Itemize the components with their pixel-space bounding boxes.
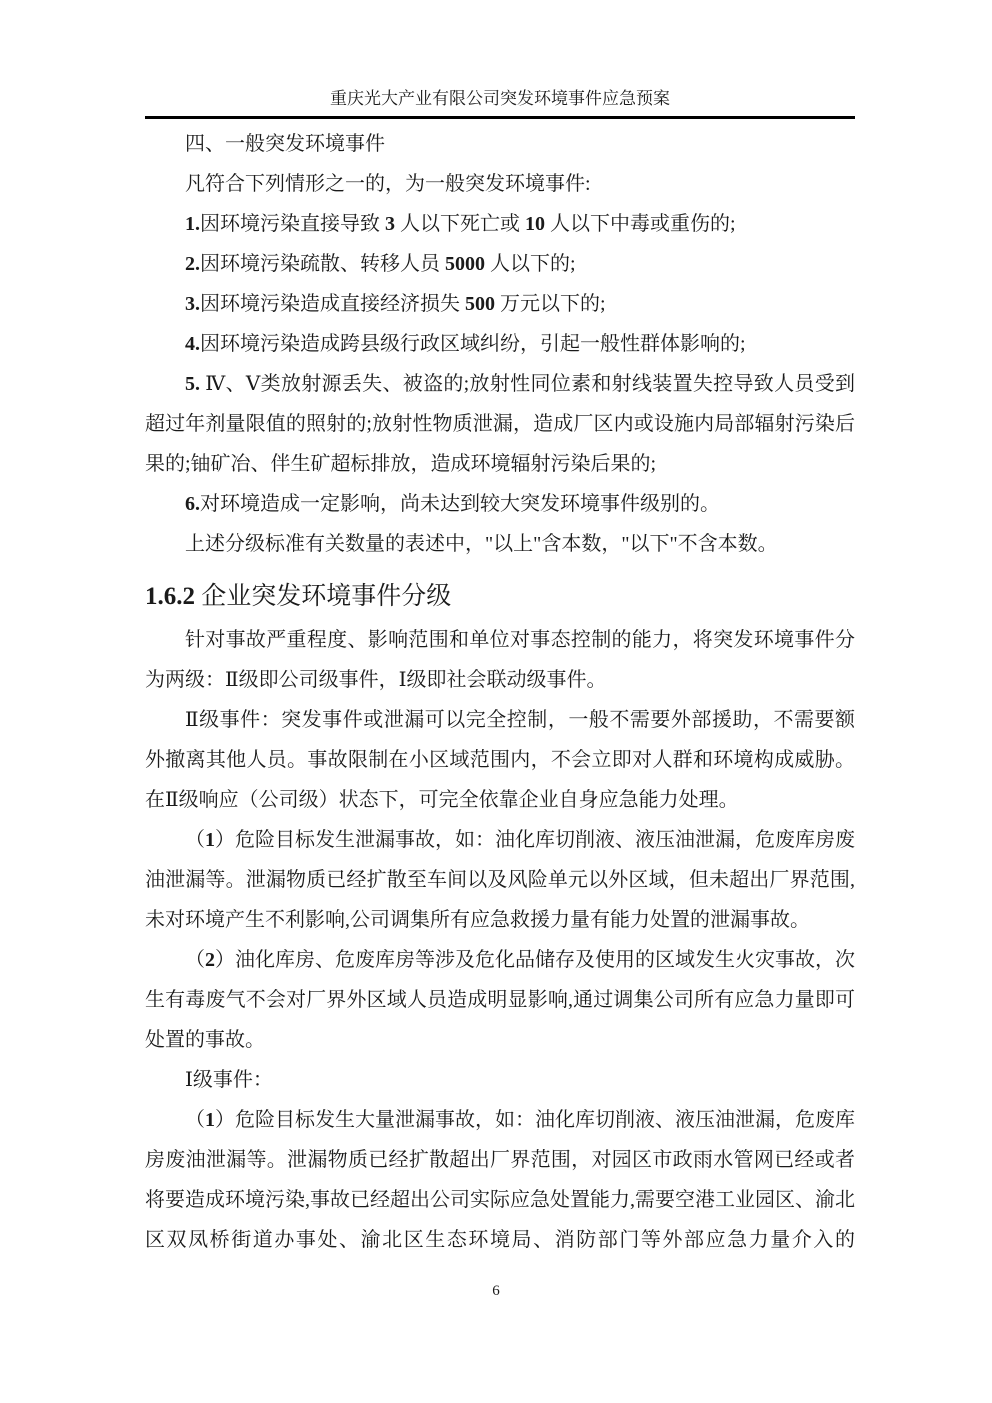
paragraph: 3.因环境污染造成直接经济损失 500 万元以下的;: [145, 284, 855, 324]
document-header: 重庆光大产业有限公司突发环境事件应急预案: [145, 88, 855, 119]
paragraph: 4.因环境污染造成跨县级行政区域纠纷，引起一般性群体影响的;: [145, 324, 855, 364]
header-title: 重庆光大产业有限公司突发环境事件应急预案: [330, 89, 670, 108]
paragraph: （2）油化库房、危废库房等涉及危化品储存及使用的区域发生火灾事故，次生有毒废气不…: [145, 940, 855, 1060]
section-heading: 1.6.2 企业突发环境事件分级: [145, 579, 855, 615]
paragraph: 5. Ⅳ、Ⅴ类放射源丢失、被盗的;放射性同位素和射线装置失控导致人员受到超过年剂…: [145, 364, 855, 484]
page-number: 6: [492, 1283, 500, 1299]
paragraph: （1）危险目标发生大量泄漏事故，如：油化库切削液、液压油泄漏，危废库房废油泄漏等…: [145, 1100, 855, 1260]
page-footer: 6: [0, 1281, 992, 1301]
paragraph: （1）危险目标发生泄漏事故，如：油化库切削液、液压油泄漏，危废库房废油泄漏等。泄…: [145, 820, 855, 940]
paragraph: 2.因环境污染疏散、转移人员 5000 人以下的;: [145, 244, 855, 284]
paragraph: Ⅰ级事件：: [145, 1060, 855, 1100]
paragraph: 6.对环境造成一定影响，尚未达到较大突发环境事件级别的。: [145, 484, 855, 524]
paragraph: 四、一般突发环境事件: [145, 124, 855, 164]
page: 重庆光大产业有限公司突发环境事件应急预案 四、一般突发环境事件凡符合下列情形之一…: [0, 0, 992, 1403]
paragraph: 凡符合下列情形之一的，为一般突发环境事件:: [145, 164, 855, 204]
paragraph: Ⅱ级事件：突发事件或泄漏可以完全控制，一般不需要外部援助，不需要额外撤离其他人员…: [145, 700, 855, 820]
paragraph: 上述分级标准有关数量的表述中，"以上"含本数，"以下"不含本数。: [145, 524, 855, 564]
document-body: 四、一般突发环境事件凡符合下列情形之一的，为一般突发环境事件:1.因环境污染直接…: [145, 124, 855, 1260]
paragraph: 针对事故严重程度、影响范围和单位对事态控制的能力，将突发环境事件分为两级：Ⅱ级即…: [145, 620, 855, 700]
paragraph: 1.因环境污染直接导致 3 人以下死亡或 10 人以下中毒或重伤的;: [145, 204, 855, 244]
